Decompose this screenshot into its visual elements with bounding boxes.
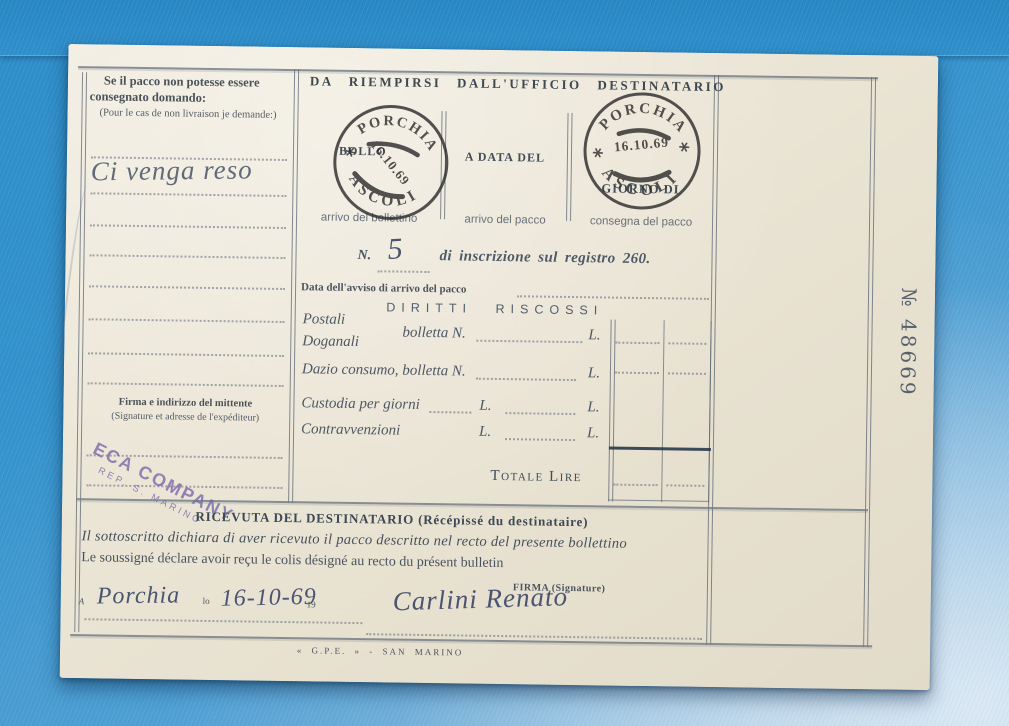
postmark-asterisk	[679, 142, 689, 151]
lira-abbrev: L.	[588, 327, 600, 344]
handwritten-return-request: Ci venga reso	[91, 154, 253, 187]
fee-fill-line	[429, 411, 471, 414]
write-in-line	[88, 382, 284, 387]
receipt-declaration-fr: Le soussigné déclare avoir reçu le colis…	[81, 550, 713, 575]
fee-bolletta-label: bolletta N.	[402, 325, 466, 343]
amounts-box-left-line	[608, 320, 616, 502]
lira-abbrev: L.	[479, 398, 491, 415]
fee-fill-line	[505, 412, 575, 415]
serial-strip-line	[863, 77, 876, 647]
lira-abbrev: L.	[587, 399, 599, 416]
handwritten-registry-number: 5	[387, 232, 405, 267]
postmark-asterisk	[344, 146, 356, 157]
write-in-line	[90, 224, 286, 229]
place-date-line	[84, 618, 362, 624]
fee-row-dazio: Dazio consumo, bolletta N.	[302, 361, 466, 380]
handwritten-date: 16-10-69	[220, 584, 317, 613]
frame-left-line	[74, 72, 87, 632]
receipt-declaration-it: Il sottoscritto dichiara di aver ricevut…	[81, 528, 713, 554]
sender-signature-label-fr: (Signature et adresse de l'expéditeur)	[81, 410, 289, 424]
amounts-box-bottom	[608, 500, 708, 502]
fee-row-postali: Postali	[303, 311, 346, 329]
write-in-line	[90, 254, 286, 259]
year-prefix-label: 19	[307, 599, 316, 609]
write-in-line	[89, 285, 285, 290]
amount-cell-line	[615, 372, 659, 375]
amount-cell-line	[666, 484, 704, 487]
column-caption-parcel-arrival: arrivo del pacco	[444, 213, 566, 227]
amount-cell-line	[615, 342, 659, 345]
a-data-del-label: A DATA DEL	[445, 149, 565, 166]
receipt-title: RICEVUTA DEL DESTINATARIO (Récépissé du …	[82, 507, 702, 532]
collected-fees-header: DIRITTI RISCOSSI	[345, 300, 645, 318]
handwritten-place: Porchia	[97, 582, 181, 610]
lo-label: lo	[203, 596, 210, 606]
fee-fill-line	[476, 378, 576, 381]
amounts-total-rule	[609, 447, 711, 451]
registry-number-prefix: N.	[357, 248, 371, 264]
svg-text:ASCOLI: ASCOLI	[597, 164, 683, 202]
postmark-asterisk	[593, 148, 603, 157]
arrival-notice-line	[517, 295, 709, 300]
write-in-line	[88, 352, 284, 357]
write-in-line	[90, 192, 286, 197]
fee-row-contravvenzioni: Contravvenzioni	[301, 421, 400, 439]
lira-abbrev: L.	[588, 365, 600, 382]
amount-cell-line	[613, 484, 657, 487]
serial-number: № 48669	[896, 288, 922, 398]
fee-fill-line	[505, 438, 575, 441]
left-column-separator	[288, 69, 299, 503]
write-in-line	[89, 318, 285, 323]
printer-footer: « G.P.E. » - SAN MARINO	[210, 644, 550, 659]
registry-number-line	[377, 270, 429, 273]
sender-signature-label-it: Firma e indirizzo del mittente	[85, 396, 285, 410]
registry-line-text: di inscrizione sul registro 260.	[439, 248, 650, 268]
lira-abbrev: L.	[479, 424, 491, 441]
fee-fill-line	[476, 340, 582, 343]
amount-cell-line	[668, 372, 706, 375]
handwritten-signature: Carlini Renato	[392, 581, 568, 617]
postmark-stamp-right: PORCHIA ASCOLI 16.10.69	[576, 85, 708, 217]
stamp-column-separator-2	[566, 113, 573, 221]
fee-row-doganali: Doganali	[302, 333, 359, 351]
postal-receipt-card: Se il pacco non potesse essere consegnat…	[60, 44, 939, 690]
fee-row-custodia: Custodia per giorni	[301, 395, 420, 414]
postmark-date: 16.10.69	[613, 135, 669, 155]
column-caption-parcel-delivery: consegna del pacco	[570, 215, 712, 229]
postmark-province-arc: ASCOLI	[597, 164, 683, 202]
place-prefix-label: A	[79, 596, 85, 606]
amount-cell-line	[668, 342, 706, 345]
undeliverable-instruction-fr: (Pour le cas de non livraison je demande…	[89, 106, 287, 122]
totale-lire-label: Totale Lire	[490, 468, 582, 486]
lira-abbrev: L.	[587, 425, 599, 442]
undeliverable-instruction-it: Se il pacco non potesse essere consegnat…	[90, 72, 294, 107]
arrival-notice-label: Data dell'avviso di arrivo del pacco	[301, 281, 466, 295]
amounts-box-inner-line	[661, 320, 665, 502]
